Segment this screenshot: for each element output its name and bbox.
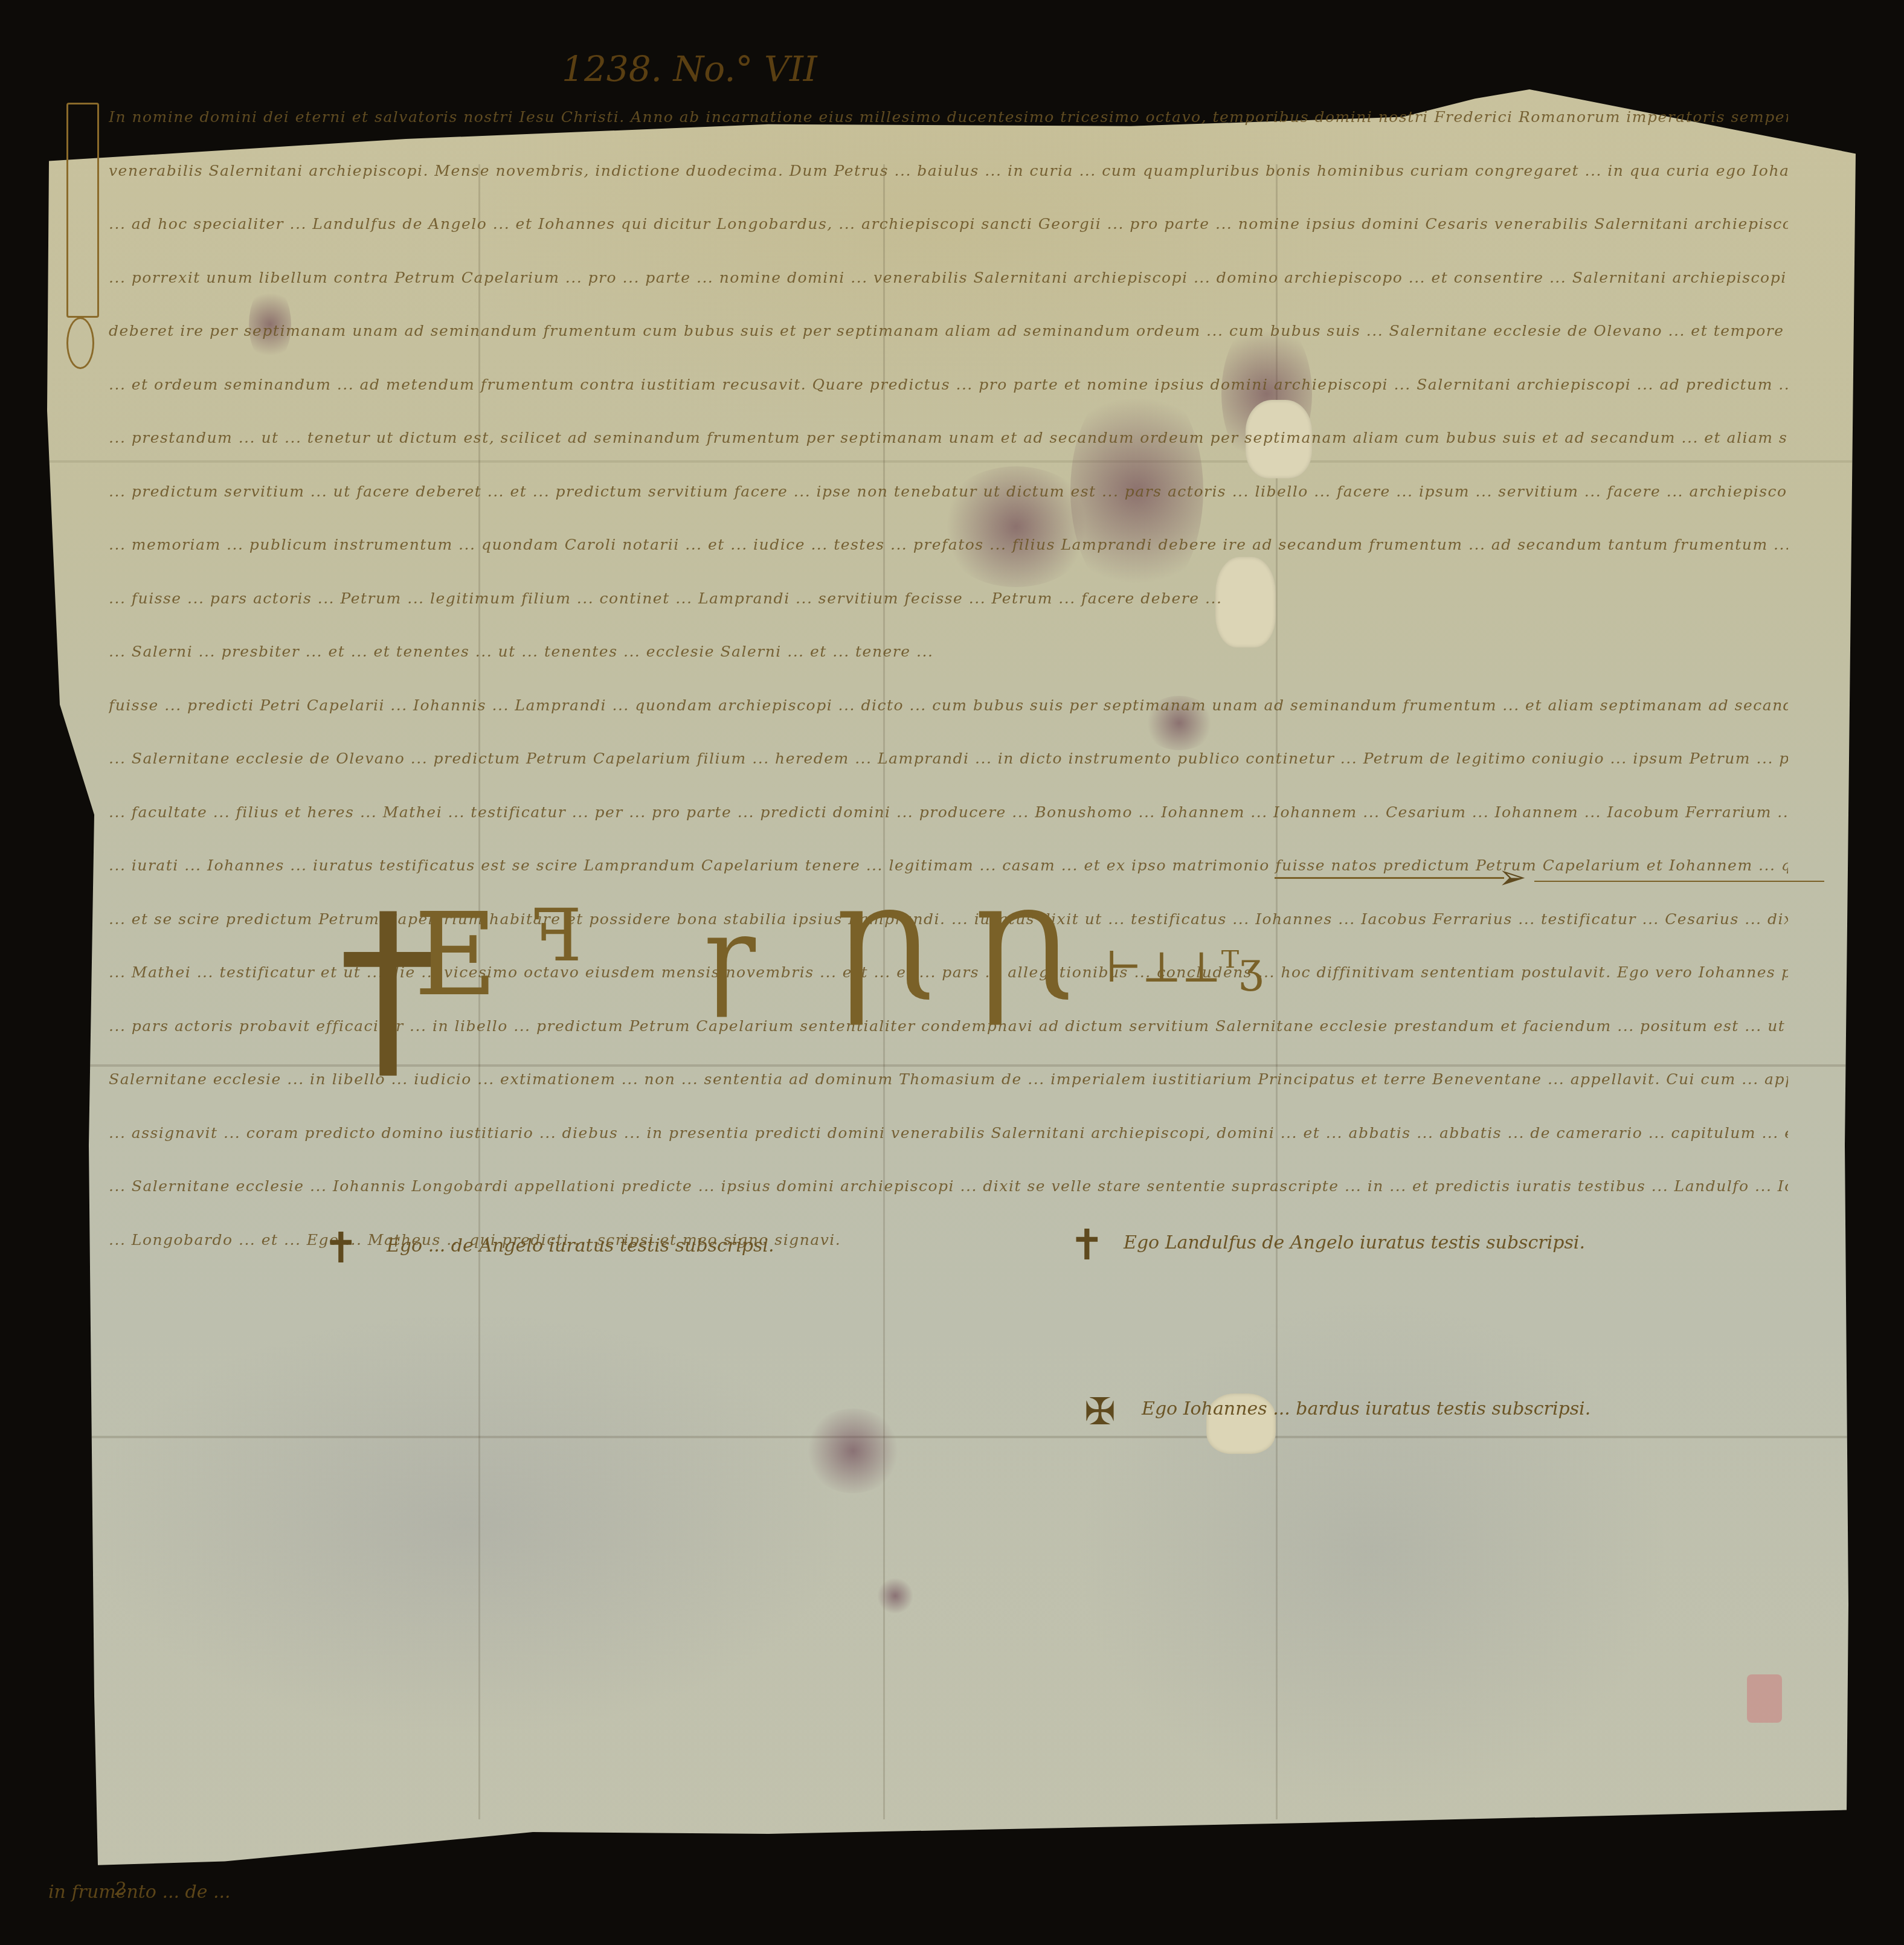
text-line: deberet ire per septimanam unam ad semin… [109, 304, 1788, 358]
decorated-initial-c [66, 317, 94, 369]
text-line: ... et ordeum seminandum ... ad metendum… [109, 358, 1788, 412]
text-line: ... prestandum ... ut ... tenetur ut dic… [109, 411, 1788, 465]
witness-cross-icon: ✠ [1084, 1389, 1116, 1433]
notarial-sign-icon: Ꞃ [973, 888, 1075, 1029]
notarial-sign-icon: Ꞃ [834, 888, 936, 1029]
ink-stain [805, 1409, 901, 1493]
margin-note: in frumento ... de ... [48, 1882, 231, 1903]
notary-flourish-line [1534, 881, 1824, 882]
arrow-flourish-icon: ➢ [1498, 858, 1526, 897]
notary-flourish-line [1275, 877, 1504, 879]
witness-subscription: Ego ... de Angelo iuratus testis subscri… [387, 1235, 774, 1256]
text-line: ... facultate ... filius et heres ... Ma… [109, 786, 1788, 840]
notarial-sign-icon: ꞅ [704, 894, 756, 1020]
notarial-sign-e: E [414, 888, 498, 1021]
text-line: ... predictum servitium ... ut facere de… [109, 465, 1788, 519]
witness-subscription: Ego Landulfus de Angelo iuratus testis s… [1124, 1232, 1585, 1253]
notarial-monogram-icon: ⊢⊥⊥ᵀʒ [1105, 942, 1263, 992]
archive-stamp [1747, 1674, 1782, 1723]
text-line: ... Salernitane ecclesie de Olevano ... … [109, 732, 1788, 786]
fold-line [43, 1436, 1856, 1438]
witness-cross-icon: ✝ [1069, 1220, 1105, 1270]
text-line: In nomine domini dei eterni et salvatori… [109, 91, 1788, 144]
text-line: venerabilis Salernitani archiepiscopi. M… [109, 144, 1788, 198]
text-line: ... assignavit ... coram predicto domino… [109, 1107, 1788, 1160]
ink-stain [877, 1578, 913, 1614]
margin-number: 2 [115, 1879, 126, 1900]
text-line: ... porrexit unum libellum contra Petrum… [109, 251, 1788, 305]
archival-annotation: 1238. No.° VII [562, 48, 817, 89]
decorated-initial-i [66, 103, 99, 318]
text-line: ... memoriam ... publicum instrumentum .… [109, 518, 1788, 572]
text-line: fuisse ... predicti Petri Capelarii ... … [109, 679, 1788, 733]
witness-subscription: Ego Iohannes ... bardus iuratus testis s… [1142, 1398, 1590, 1419]
notarial-sign-icon: ꟻ [532, 894, 582, 978]
text-line: ... ad hoc specialiter ... Landulfus de … [109, 198, 1788, 251]
text-line: ... Salernitane ecclesie ... Iohannis Lo… [109, 1160, 1788, 1214]
witness-cross-icon: ✝ [323, 1223, 359, 1273]
text-line: ... fuisse ... pars actoris ... Petrum .… [109, 572, 1788, 626]
text-line: ... Salerni ... presbiter ... et ... et … [109, 625, 1788, 679]
